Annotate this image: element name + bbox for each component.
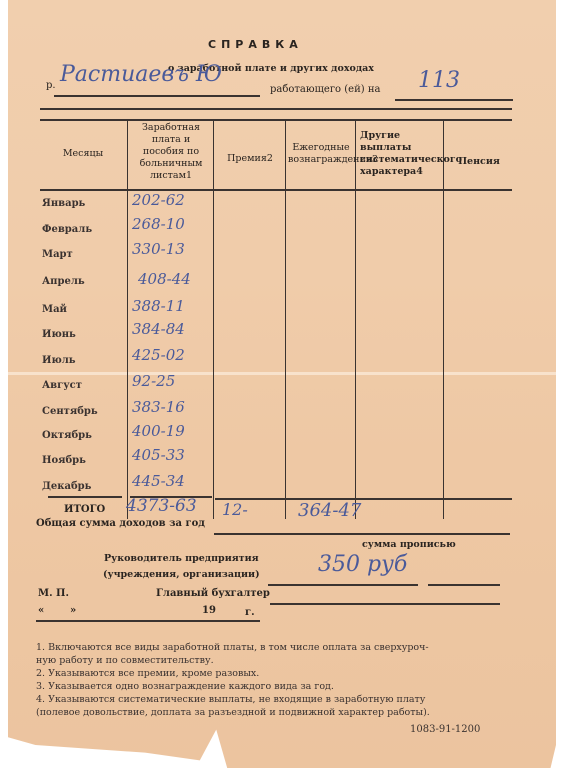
signature-line xyxy=(428,584,500,586)
header-bottom-line xyxy=(40,189,512,191)
signature: 350 руб xyxy=(318,552,407,577)
fold-crease xyxy=(8,372,556,375)
header-other-payments: Другие выплаты систематического характер… xyxy=(360,130,442,178)
col-divider xyxy=(285,119,286,519)
total-salary: 4373-63 xyxy=(126,496,197,516)
footnote: 2. Указываются все премии, кроме разовых… xyxy=(36,667,259,680)
accountant-line xyxy=(270,603,500,605)
date-line xyxy=(36,620,260,622)
recipient-name: Растиаевъ Ю xyxy=(60,62,222,87)
recipient-prefix: р. xyxy=(46,80,56,91)
salary-value: 384-84 xyxy=(132,320,185,338)
date-close-quote: » xyxy=(70,605,76,616)
salary-value: 330-13 xyxy=(132,240,185,258)
footnote: 1. Включаются все виды заработной платы,… xyxy=(36,641,429,654)
month-label: Октябрь xyxy=(42,430,92,441)
footnote: 4. Указываются систематические выплаты, … xyxy=(36,693,425,706)
footnote: (полевое довольствие, доплата за разъезд… xyxy=(36,706,430,719)
total-annual: 364-47 xyxy=(298,500,361,521)
totals-rule xyxy=(48,496,122,498)
salary-value: 202-62 xyxy=(132,191,185,209)
accountant-label: Главный бухгалтер xyxy=(156,588,270,599)
salary-value: 388-11 xyxy=(132,297,185,315)
salary-value: 268-10 xyxy=(132,215,185,233)
month-label: Апрель xyxy=(42,276,85,287)
col-divider xyxy=(443,119,444,519)
month-label: Июль xyxy=(42,355,76,366)
col-divider xyxy=(213,119,214,519)
month-label: Декабрь xyxy=(42,481,91,492)
total-income-label: Общая сумма доходов за год xyxy=(36,518,205,529)
recipient-underline xyxy=(54,95,260,97)
month-label: Май xyxy=(42,304,67,315)
salary-value: 425-02 xyxy=(132,346,185,364)
month-label: Ноябрь xyxy=(42,455,86,466)
salary-value: 445-34 xyxy=(132,472,185,490)
working-label: работающего (ей) на xyxy=(270,84,380,95)
footnote: ную работу и по совместительству. xyxy=(36,654,214,667)
date-year: 19 xyxy=(202,605,216,616)
month-label: Март xyxy=(42,249,73,260)
document-title: СПРАВКА xyxy=(208,38,303,51)
salary-value: 92-25 xyxy=(132,372,175,390)
total-label: ИТОГО xyxy=(64,504,105,515)
month-label: Июнь xyxy=(42,329,76,340)
stamp-label: М. П. xyxy=(38,588,69,599)
working-underline xyxy=(395,99,513,101)
total-bonus: 12- xyxy=(222,500,248,519)
header-months: Месяцы xyxy=(40,148,126,160)
total-income-line xyxy=(214,533,510,535)
col-divider xyxy=(127,119,128,519)
date-suffix: г. xyxy=(245,607,255,618)
month-label: Август xyxy=(42,380,82,391)
salary-value: 408-44 xyxy=(138,270,191,288)
footnote: 3. Указывается одно вознаграждение каждо… xyxy=(36,680,334,693)
head-label-org: (учреждения, организации) xyxy=(103,569,260,580)
month-label: Сентябрь xyxy=(42,406,98,417)
header-pension: Пенсия xyxy=(446,156,512,168)
salary-value: 383-16 xyxy=(132,398,185,416)
sum-in-words-label: сумма прописью xyxy=(362,539,456,550)
head-label: Руководитель предприятия xyxy=(104,553,259,564)
salary-value: 400-19 xyxy=(132,422,185,440)
header-salary: Заработная плата и пособия по больничным… xyxy=(130,122,212,182)
month-label: Январь xyxy=(42,198,85,209)
date-open-quote: « xyxy=(38,605,44,616)
header-bonus: Премия2 xyxy=(215,153,285,165)
working-place: 113 xyxy=(418,68,460,93)
totals-rule xyxy=(215,498,512,500)
salary-value: 405-33 xyxy=(132,446,185,464)
signature-line xyxy=(268,584,418,586)
month-label: Февраль xyxy=(42,224,92,235)
header-annual: Ежегодные вознаграждения3 xyxy=(288,142,354,166)
form-code: 1083-91-1200 xyxy=(410,724,480,735)
rule-line xyxy=(40,119,512,121)
col-divider xyxy=(355,119,356,519)
rule-line xyxy=(40,108,512,110)
